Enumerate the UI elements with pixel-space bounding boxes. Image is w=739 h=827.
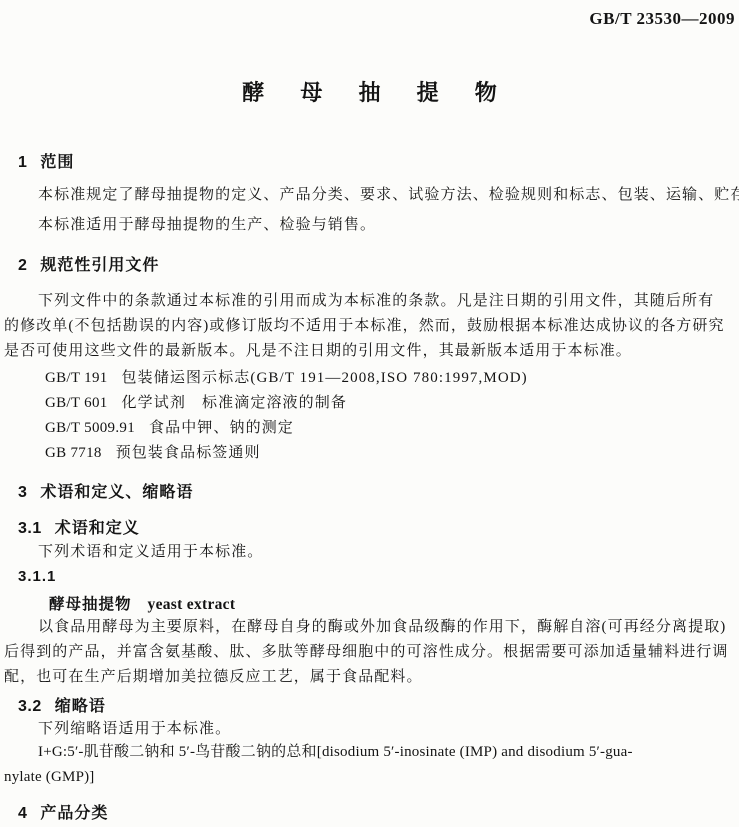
reference-code: GB 7718 (45, 441, 102, 466)
term-definition-line: 配，也可在生产后期增加美拉德反应工艺，属于食品配料。 (4, 665, 423, 690)
normative-paragraph-line: 的修改单(不包括勘误的内容)或修订版均不适用于本标准，然而，鼓励根据本标准达成协… (4, 314, 725, 339)
term-definition-line: 以食品用酵母为主要原料，在酵母自身的酶或外加食品级酶的作用下，酶解自溶(可再经分… (38, 615, 726, 640)
abbr-definition-line: nylate (GMP)] (4, 765, 95, 790)
reference-item: GB 7718预包装食品标签通则 (45, 441, 261, 466)
term-english: yeast extract (148, 596, 236, 613)
section-3-title: 术语和定义、缩略语 (40, 484, 193, 501)
reference-code: GB/T 601 (45, 391, 108, 416)
section-3-number: 3 (18, 480, 27, 505)
doc-number: GB/T 23530—2009 (589, 6, 735, 31)
section-4-heading: 4产品分类 (18, 801, 108, 826)
section-2-number: 2 (18, 253, 27, 278)
section-1-heading: 1范围 (18, 150, 74, 175)
terms-intro: 下列术语和定义适用于本标准。 (38, 540, 263, 565)
section-3-2-number: 3.2 (18, 694, 42, 719)
reference-item: GB/T 191包装储运图示标志(GB/T 191—2008,ISO 780:1… (45, 366, 528, 391)
reference-code: GB/T 5009.91 (45, 416, 135, 441)
page-title: 酵 母 抽 提 物 (0, 78, 739, 108)
section-3-heading: 3术语和定义、缩略语 (18, 480, 193, 505)
term-definition-line: 后得到的产品，并富含氨基酸、肽、多肽等酵母细胞中的可溶性成分。根据需要可添加适量… (4, 640, 729, 665)
reference-title: 化学试剂 标准滴定溶液的制备 (122, 395, 347, 411)
reference-code: GB/T 191 (45, 366, 108, 391)
section-3-1-title: 术语和定义 (55, 520, 140, 537)
section-2-heading: 2规范性引用文件 (18, 253, 159, 278)
reference-item: GB/T 601化学试剂 标准滴定溶液的制备 (45, 391, 347, 416)
section-4-number: 4 (18, 801, 27, 826)
section-2-title: 规范性引用文件 (40, 257, 159, 274)
standard-document-page: GB/T 23530—2009 酵 母 抽 提 物 1范围 本标准规定了酵母抽提… (0, 0, 739, 827)
reference-title: 预包装食品标签通则 (116, 445, 261, 461)
term-entry: 酵母抽提物yeast extract (49, 592, 235, 617)
reference-item: GB/T 5009.91食品中钾、钠的测定 (45, 416, 294, 441)
abbr-intro: 下列缩略语适用于本标准。 (38, 717, 231, 742)
section-4-title: 产品分类 (40, 805, 108, 822)
scope-paragraph-2: 本标准适用于酵母抽提物的生产、检验与销售。 (38, 213, 376, 238)
section-1-number: 1 (18, 150, 27, 175)
section-3-1-number: 3.1 (18, 516, 42, 541)
normative-paragraph-line: 下列文件中的条款通过本标准的引用而成为本标准的条款。凡是注日期的引用文件，其随后… (38, 289, 714, 314)
term-chinese: 酵母抽提物 (49, 596, 132, 613)
reference-title: 包装储运图示标志(GB/T 191—2008,ISO 780:1997,MOD) (122, 370, 528, 386)
section-3-2-heading: 3.2缩略语 (18, 694, 106, 719)
normative-paragraph-line: 是否可使用这些文件的最新版本。凡是不注日期的引用文件，其最新版本适用于本标准。 (4, 339, 632, 364)
scope-paragraph-1: 本标准规定了酵母抽提物的定义、产品分类、要求、试验方法、检验规则和标志、包装、运… (38, 183, 739, 208)
section-3-1-heading: 3.1术语和定义 (18, 516, 140, 541)
reference-title: 食品中钾、钠的测定 (149, 420, 294, 436)
section-1-title: 范围 (40, 154, 74, 171)
section-3-2-title: 缩略语 (55, 698, 106, 715)
section-3-1-1-number: 3.1.1 (18, 564, 56, 589)
abbr-definition-line: I+G:5′-肌苷酸二钠和 5′-鸟苷酸二钠的总和[disodium 5′-in… (38, 740, 633, 765)
